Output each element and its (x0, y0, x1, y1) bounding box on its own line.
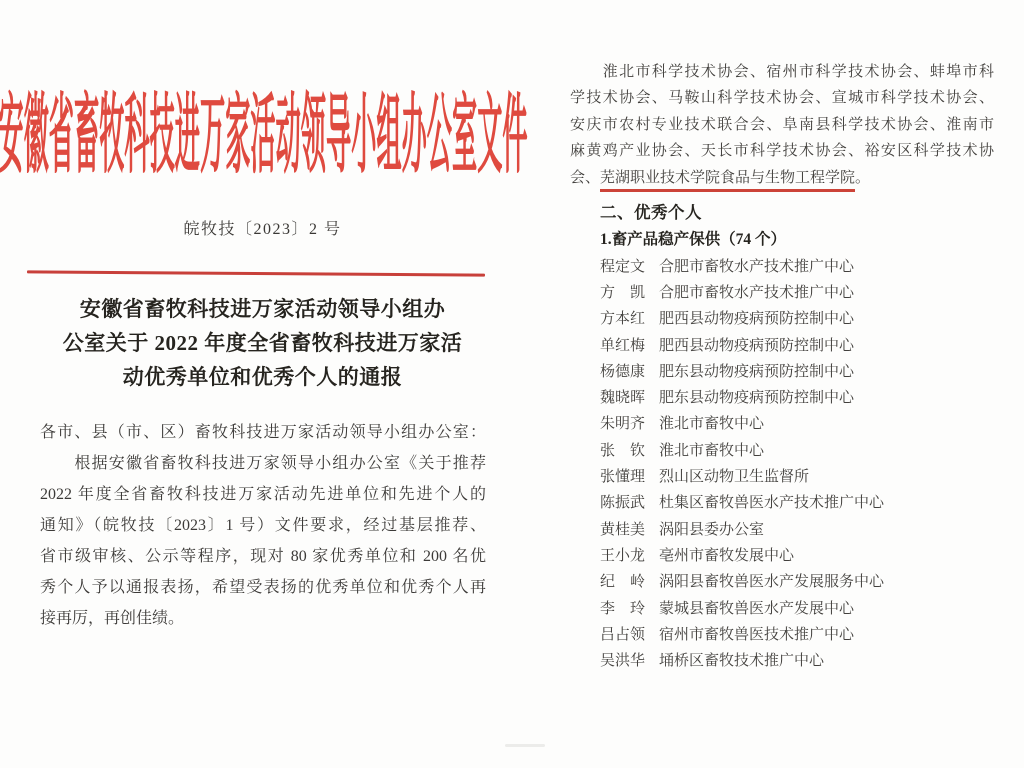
list-item: 杨德康肥东县动物疫病预防控制中心 (600, 357, 1000, 383)
person-name: 张懂理 (600, 465, 647, 486)
person-org: 肥东县动物疫病预防控制中心 (659, 386, 854, 407)
person-name: 纪 岭 (600, 570, 647, 591)
document-title-line: 安徽省畜牧科技进万家活动领导小组办 (15, 292, 510, 326)
body-line: 根据安徽省畜牧科技进万家领导小组办公室《关于推荐 (40, 448, 486, 479)
document-title: 安徽省畜牧科技进万家活动领导小组办 公室关于 2022 年度全省畜牧科技进万家活… (15, 292, 510, 394)
person-org: 亳州市畜牧发展中心 (659, 544, 794, 565)
paragraph-line-underlined: 会、芜湖职业技术学院食品与生物工程学院。 (570, 165, 994, 191)
paragraph-line: 麻黄鸡产业协会、天长市科学技术协会、裕安区科学技术协 (570, 138, 994, 164)
organizations-paragraph: 淮北市科学技术协会、宿州市科学技术协会、蚌埠市科 学技术协会、马鞍山科学技术协会… (570, 59, 994, 191)
person-org: 肥东县动物疫病预防控制中心 (659, 360, 854, 381)
person-org: 烈山区动物卫生监督所 (659, 465, 809, 486)
person-name: 魏晓晖 (600, 386, 647, 407)
list-item: 张 钦淮北市畜牧中心 (600, 436, 1000, 462)
person-org: 肥西县动物疫病预防控制中心 (659, 334, 854, 355)
person-name: 杨德康 (600, 360, 647, 381)
list-item: 吕占领宿州市畜牧兽医技术推广中心 (600, 620, 1000, 646)
person-org: 淮北市畜牧中心 (659, 439, 764, 460)
person-org: 淮北市畜牧中心 (659, 412, 764, 433)
section-heading: 二、优秀个人 (600, 200, 702, 226)
people-list: 程定文合肥市畜牧水产技术推广中心 方 凯合肥市畜牧水产技术推广中心 方本红肥西县… (600, 252, 1000, 673)
letterhead-banner: 安徽省畜牧科技进万家活动领导小组办公室文件 (15, 78, 510, 178)
body-line: 通知》（皖牧技〔2023〕1 号）文件要求，经过基层推荐、 (40, 510, 486, 541)
red-underlined-text: 芜湖职业技术学院食品与生物工程学院 (600, 170, 855, 192)
page-left: 安徽省畜牧科技进万家活动领导小组办公室文件 皖牧技〔2023〕2 号 安徽省畜牧… (15, 0, 510, 768)
body-paragraph: 各市、县（市、区）畜牧科技进万家活动领导小组办公室： 根据安徽省畜牧科技进万家领… (40, 417, 486, 634)
person-org: 涡阳县畜牧兽医水产发展服务中心 (659, 570, 884, 591)
list-item: 纪 岭涡阳县畜牧兽医水产发展服务中心 (600, 568, 1000, 594)
list-item: 程定文合肥市畜牧水产技术推广中心 (600, 252, 1000, 278)
person-org: 蒙城县畜牧兽医水产发展中心 (659, 597, 854, 618)
list-item: 朱明齐淮北市畜牧中心 (600, 410, 1000, 436)
person-name: 方 凯 (600, 281, 647, 302)
body-line: 省市级审核、公示等程序，现对 80 家优秀单位和 200 名优 (40, 541, 486, 572)
person-org: 肥西县动物疫病预防控制中心 (659, 307, 854, 328)
person-name: 单红梅 (600, 334, 647, 355)
list-item: 李 玲蒙城县畜牧兽医水产发展中心 (600, 594, 1000, 620)
list-item: 方 凯合肥市畜牧水产技术推广中心 (600, 278, 1000, 304)
person-org: 杜集区畜牧兽医水产技术推广中心 (659, 491, 884, 512)
document-number: 皖牧技〔2023〕2 号 (15, 216, 510, 239)
paragraph-line: 淮北市科学技术协会、宿州市科学技术协会、蚌埠市科 (570, 59, 994, 85)
list-item: 魏晓晖肥东县动物疫病预防控制中心 (600, 383, 1000, 409)
person-name: 朱明齐 (600, 412, 647, 433)
list-item: 张懂理烈山区动物卫生监督所 (600, 462, 1000, 488)
body-line: 各市、县（市、区）畜牧科技进万家活动领导小组办公室： (40, 417, 486, 448)
red-divider-rule (27, 270, 485, 276)
person-name: 李 玲 (600, 597, 647, 618)
scan-artifact (505, 744, 545, 747)
list-item: 陈振武杜集区畜牧兽医水产技术推广中心 (600, 489, 1000, 515)
person-org: 合肥市畜牧水产技术推广中心 (659, 255, 854, 276)
list-item: 黄桂美涡阳县委办公室 (600, 515, 1000, 541)
body-line: 秀个人予以通报表扬，希望受表扬的优秀单位和优秀个人再 (40, 572, 486, 603)
person-name: 程定文 (600, 255, 647, 276)
list-item: 吴洪华埇桥区畜牧技术推广中心 (600, 646, 1000, 672)
person-name: 王小龙 (600, 544, 647, 565)
subsection-heading: 1.畜产品稳产保供（74 个） (600, 227, 786, 253)
person-name: 黄桂美 (600, 518, 647, 539)
person-org: 合肥市畜牧水产技术推广中心 (659, 281, 854, 302)
person-org: 埇桥区畜牧技术推广中心 (659, 649, 824, 670)
list-item: 单红梅肥西县动物疫病预防控制中心 (600, 331, 1000, 357)
letterhead-title: 安徽省畜牧科技进万家活动领导小组办公室文件 (0, 66, 527, 191)
line-prefix: 会、 (570, 170, 600, 186)
person-name: 张 钦 (600, 439, 647, 460)
body-line: 接再厉，再创佳绩。 (40, 603, 486, 634)
line-suffix: 。 (855, 170, 870, 186)
paragraph-line: 安庆市农村专业技术联合会、阜南县科学技术协会、淮南市 (570, 112, 994, 138)
person-name: 陈振武 (600, 491, 647, 512)
document-title-line: 动优秀单位和优秀个人的通报 (15, 360, 510, 394)
person-org: 涡阳县委办公室 (659, 518, 764, 539)
list-item: 王小龙亳州市畜牧发展中心 (600, 541, 1000, 567)
body-line: 2022 年度全省畜牧科技进万家活动先进单位和先进个人的 (40, 479, 486, 510)
person-org: 宿州市畜牧兽医技术推广中心 (659, 623, 854, 644)
page-right: 淮北市科学技术协会、宿州市科学技术协会、蚌埠市科 学技术协会、马鞍山科学技术协会… (555, 0, 1015, 768)
list-item: 方本红肥西县动物疫病预防控制中心 (600, 305, 1000, 331)
scanned-document: 安徽省畜牧科技进万家活动领导小组办公室文件 皖牧技〔2023〕2 号 安徽省畜牧… (0, 0, 1024, 768)
person-name: 方本红 (600, 307, 647, 328)
person-name: 吕占领 (600, 623, 647, 644)
person-name: 吴洪华 (600, 649, 647, 670)
paragraph-line: 学技术协会、马鞍山科学技术协会、宣城市科学技术协会、 (570, 85, 994, 111)
document-title-line: 公室关于 2022 年度全省畜牧科技进万家活 (15, 326, 510, 360)
